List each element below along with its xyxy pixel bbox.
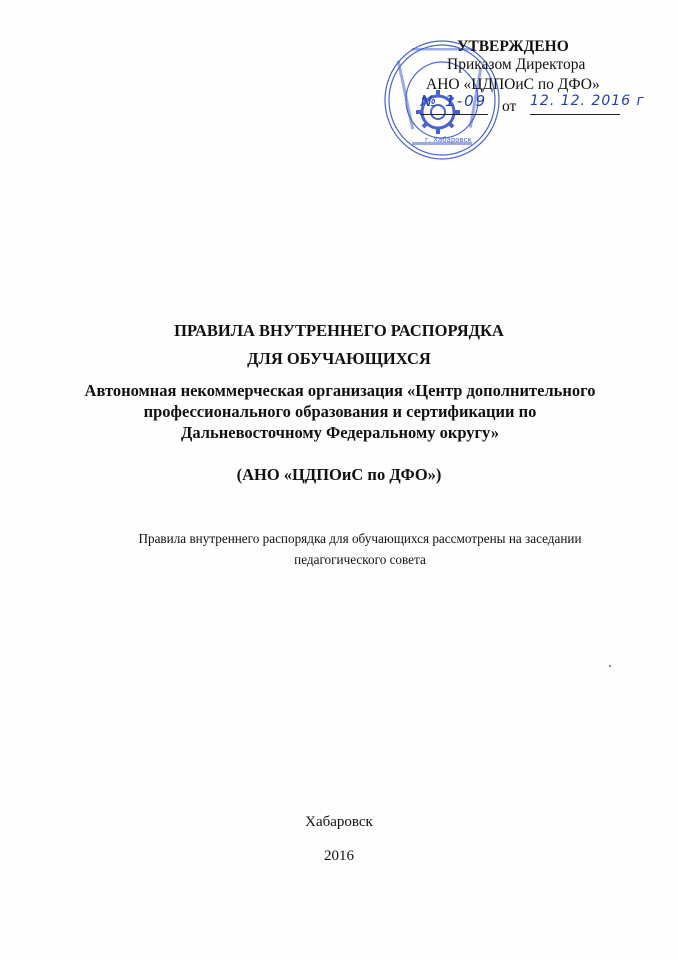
document-title-line-2: ДЛЯ ОБУЧАЮЩИХСЯ bbox=[0, 349, 678, 369]
organization-name: Автономная некоммерческая организация «Ц… bbox=[80, 380, 600, 443]
organization-abbreviation: (АНО «ЦДПОиС по ДФО») bbox=[0, 465, 678, 485]
city: Хабаровск bbox=[0, 814, 678, 831]
document-page: г. Хабаровск УТВЕРЖДЕНО Приказом Директо… bbox=[0, 0, 678, 960]
review-note: Правила внутреннего распорядка для обуча… bbox=[95, 528, 625, 570]
year: 2016 bbox=[0, 848, 678, 865]
approval-heading: УТВЕРЖДЕНО bbox=[457, 38, 569, 56]
svg-text:г. Хабаровск: г. Хабаровск bbox=[425, 136, 472, 144]
scan-speck bbox=[609, 665, 611, 667]
order-number-handwritten: № 1-09 bbox=[420, 92, 488, 115]
document-title-line-1: ПРАВИЛА ВНУТРЕННЕГО РАСПОРЯДКА bbox=[0, 321, 678, 341]
from-label: от bbox=[502, 98, 516, 116]
approval-order-line: Приказом Директора bbox=[447, 56, 585, 74]
approval-date-handwritten: 12. 12. 2016 г bbox=[530, 92, 620, 115]
